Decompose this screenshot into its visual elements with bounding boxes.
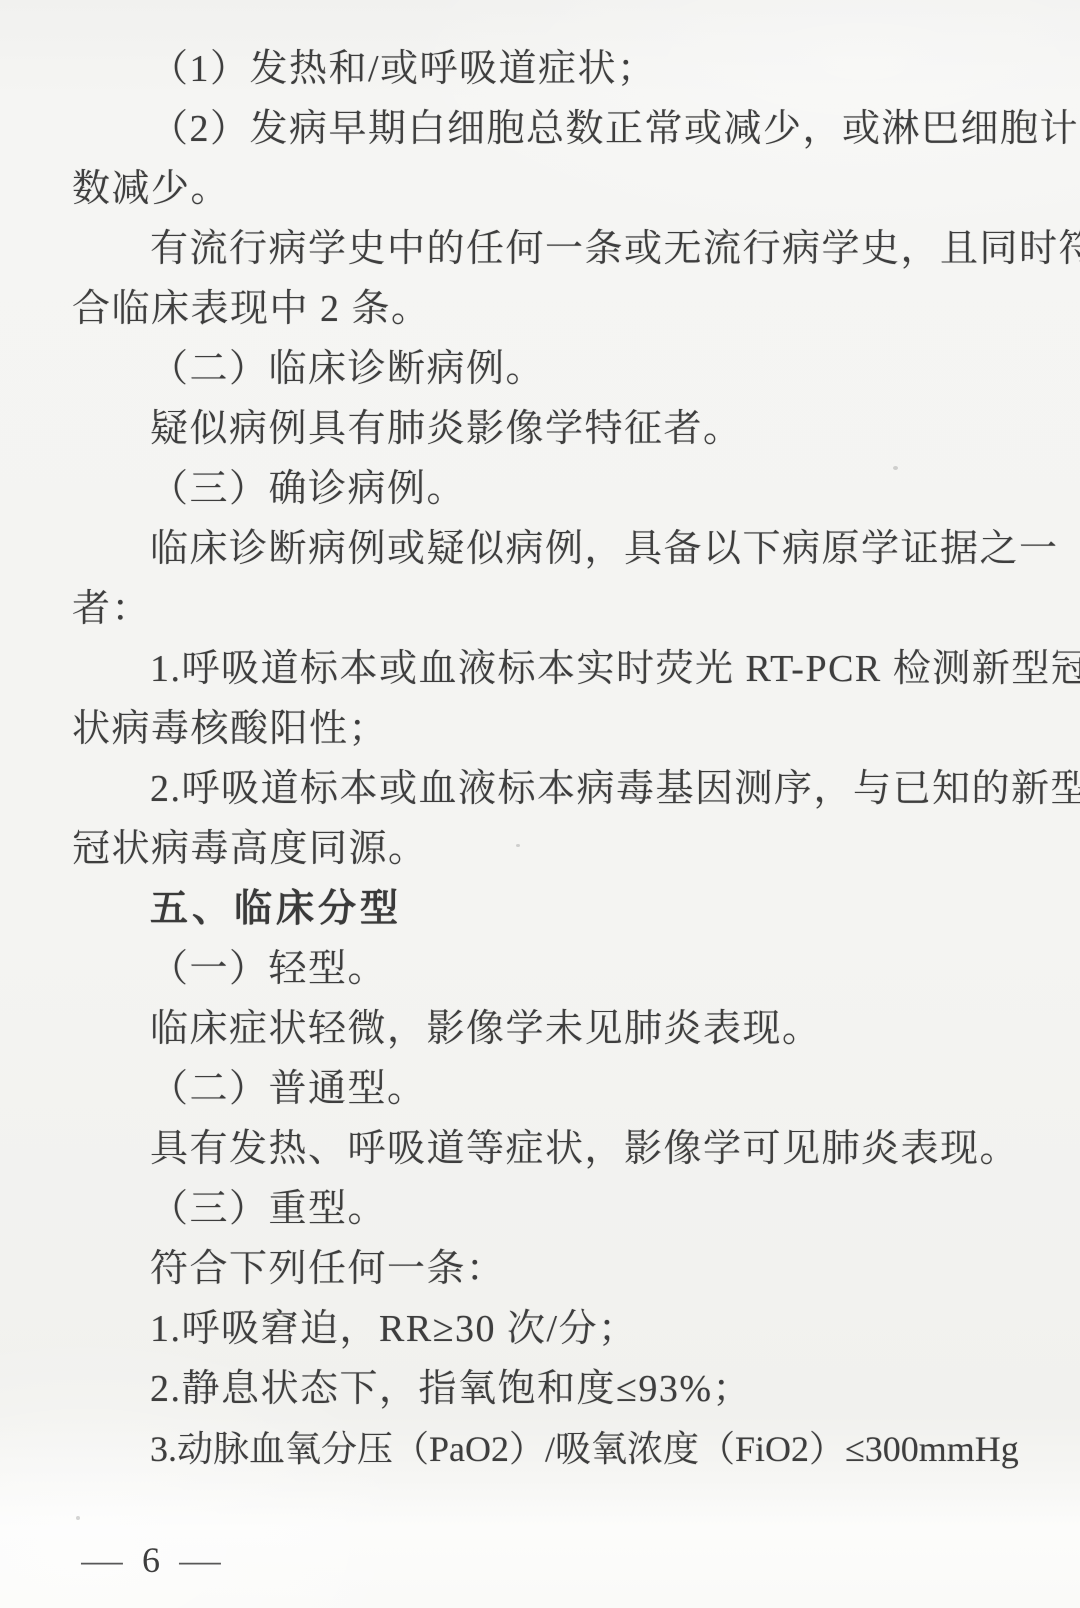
para-etiology-evidence-line1: 临床诊断病例或疑似病例，具备以下病原学证据之一 bbox=[72, 519, 972, 579]
footer-dash-left: — bbox=[81, 1539, 122, 1581]
clause-1-fever-respiratory: （1）发热和/或呼吸道症状； bbox=[72, 39, 972, 99]
item-3-pao2-fio2-ratio: 3.动脉血氧分压（PaO2）/吸氧浓度（FiO2）≤300mmHg bbox=[72, 1419, 972, 1479]
item-2-sequencing-line2: 冠状病毒高度同源。 bbox=[72, 819, 972, 879]
item-1-rtpcr-line1: 1.呼吸道标本或血液标本实时荧光 RT-PCR 检测新型冠 bbox=[72, 639, 972, 699]
scanned-document-page: （1）发热和/或呼吸道症状； （2）发病早期白细胞总数正常或减少，或淋巴细胞计 … bbox=[0, 0, 1080, 1608]
clause-2-wbc-line1: （2）发病早期白细胞总数正常或减少，或淋巴细胞计 bbox=[72, 99, 972, 159]
heading-clinical-diagnosed-case: （二）临床诊断病例。 bbox=[72, 339, 972, 399]
item-1-respiratory-distress: 1.呼吸窘迫，RR≥30 次/分； bbox=[72, 1299, 972, 1359]
item-2-sequencing-line1: 2.呼吸道标本或血液标本病毒基因测序，与已知的新型 bbox=[72, 759, 972, 819]
scan-speck bbox=[516, 844, 520, 847]
para-epi-history-line1: 有流行病学史中的任何一条或无流行病学史，且同时符 bbox=[72, 219, 972, 279]
para-epi-history-line2: 合临床表现中 2 条。 bbox=[72, 279, 972, 339]
heading-clinical-classification: 五、临床分型 bbox=[72, 879, 972, 939]
document-text-block: （1）发热和/或呼吸道症状； （2）发病早期白细胞总数正常或减少，或淋巴细胞计 … bbox=[72, 39, 972, 1479]
para-etiology-evidence-line2: 者： bbox=[72, 579, 972, 639]
item-1-rtpcr-line2: 状病毒核酸阳性； bbox=[72, 699, 972, 759]
clause-2-wbc-line2: 数减少。 bbox=[72, 159, 972, 219]
para-mild-description: 临床症状轻微，影像学未见肺炎表现。 bbox=[72, 999, 972, 1059]
para-suspected-imaging: 疑似病例具有肺炎影像学特征者。 bbox=[72, 399, 972, 459]
page-number: 6 bbox=[142, 1539, 160, 1581]
scan-speck bbox=[893, 466, 898, 470]
heading-mild-type: （一）轻型。 bbox=[72, 939, 972, 999]
scan-speck bbox=[76, 1516, 80, 1520]
heading-confirmed-case: （三）确诊病例。 bbox=[72, 459, 972, 519]
heading-severe-type: （三）重型。 bbox=[72, 1179, 972, 1239]
para-common-description: 具有发热、呼吸道等症状，影像学可见肺炎表现。 bbox=[72, 1119, 972, 1179]
heading-common-type: （二）普通型。 bbox=[72, 1059, 972, 1119]
footer-dash-right: — bbox=[179, 1539, 220, 1581]
page-number-footer: — 6 — bbox=[84, 1536, 218, 1584]
para-severe-criteria-intro: 符合下列任何一条： bbox=[72, 1239, 972, 1299]
item-2-oxygen-saturation: 2.静息状态下，指氧饱和度≤93%； bbox=[72, 1359, 972, 1419]
